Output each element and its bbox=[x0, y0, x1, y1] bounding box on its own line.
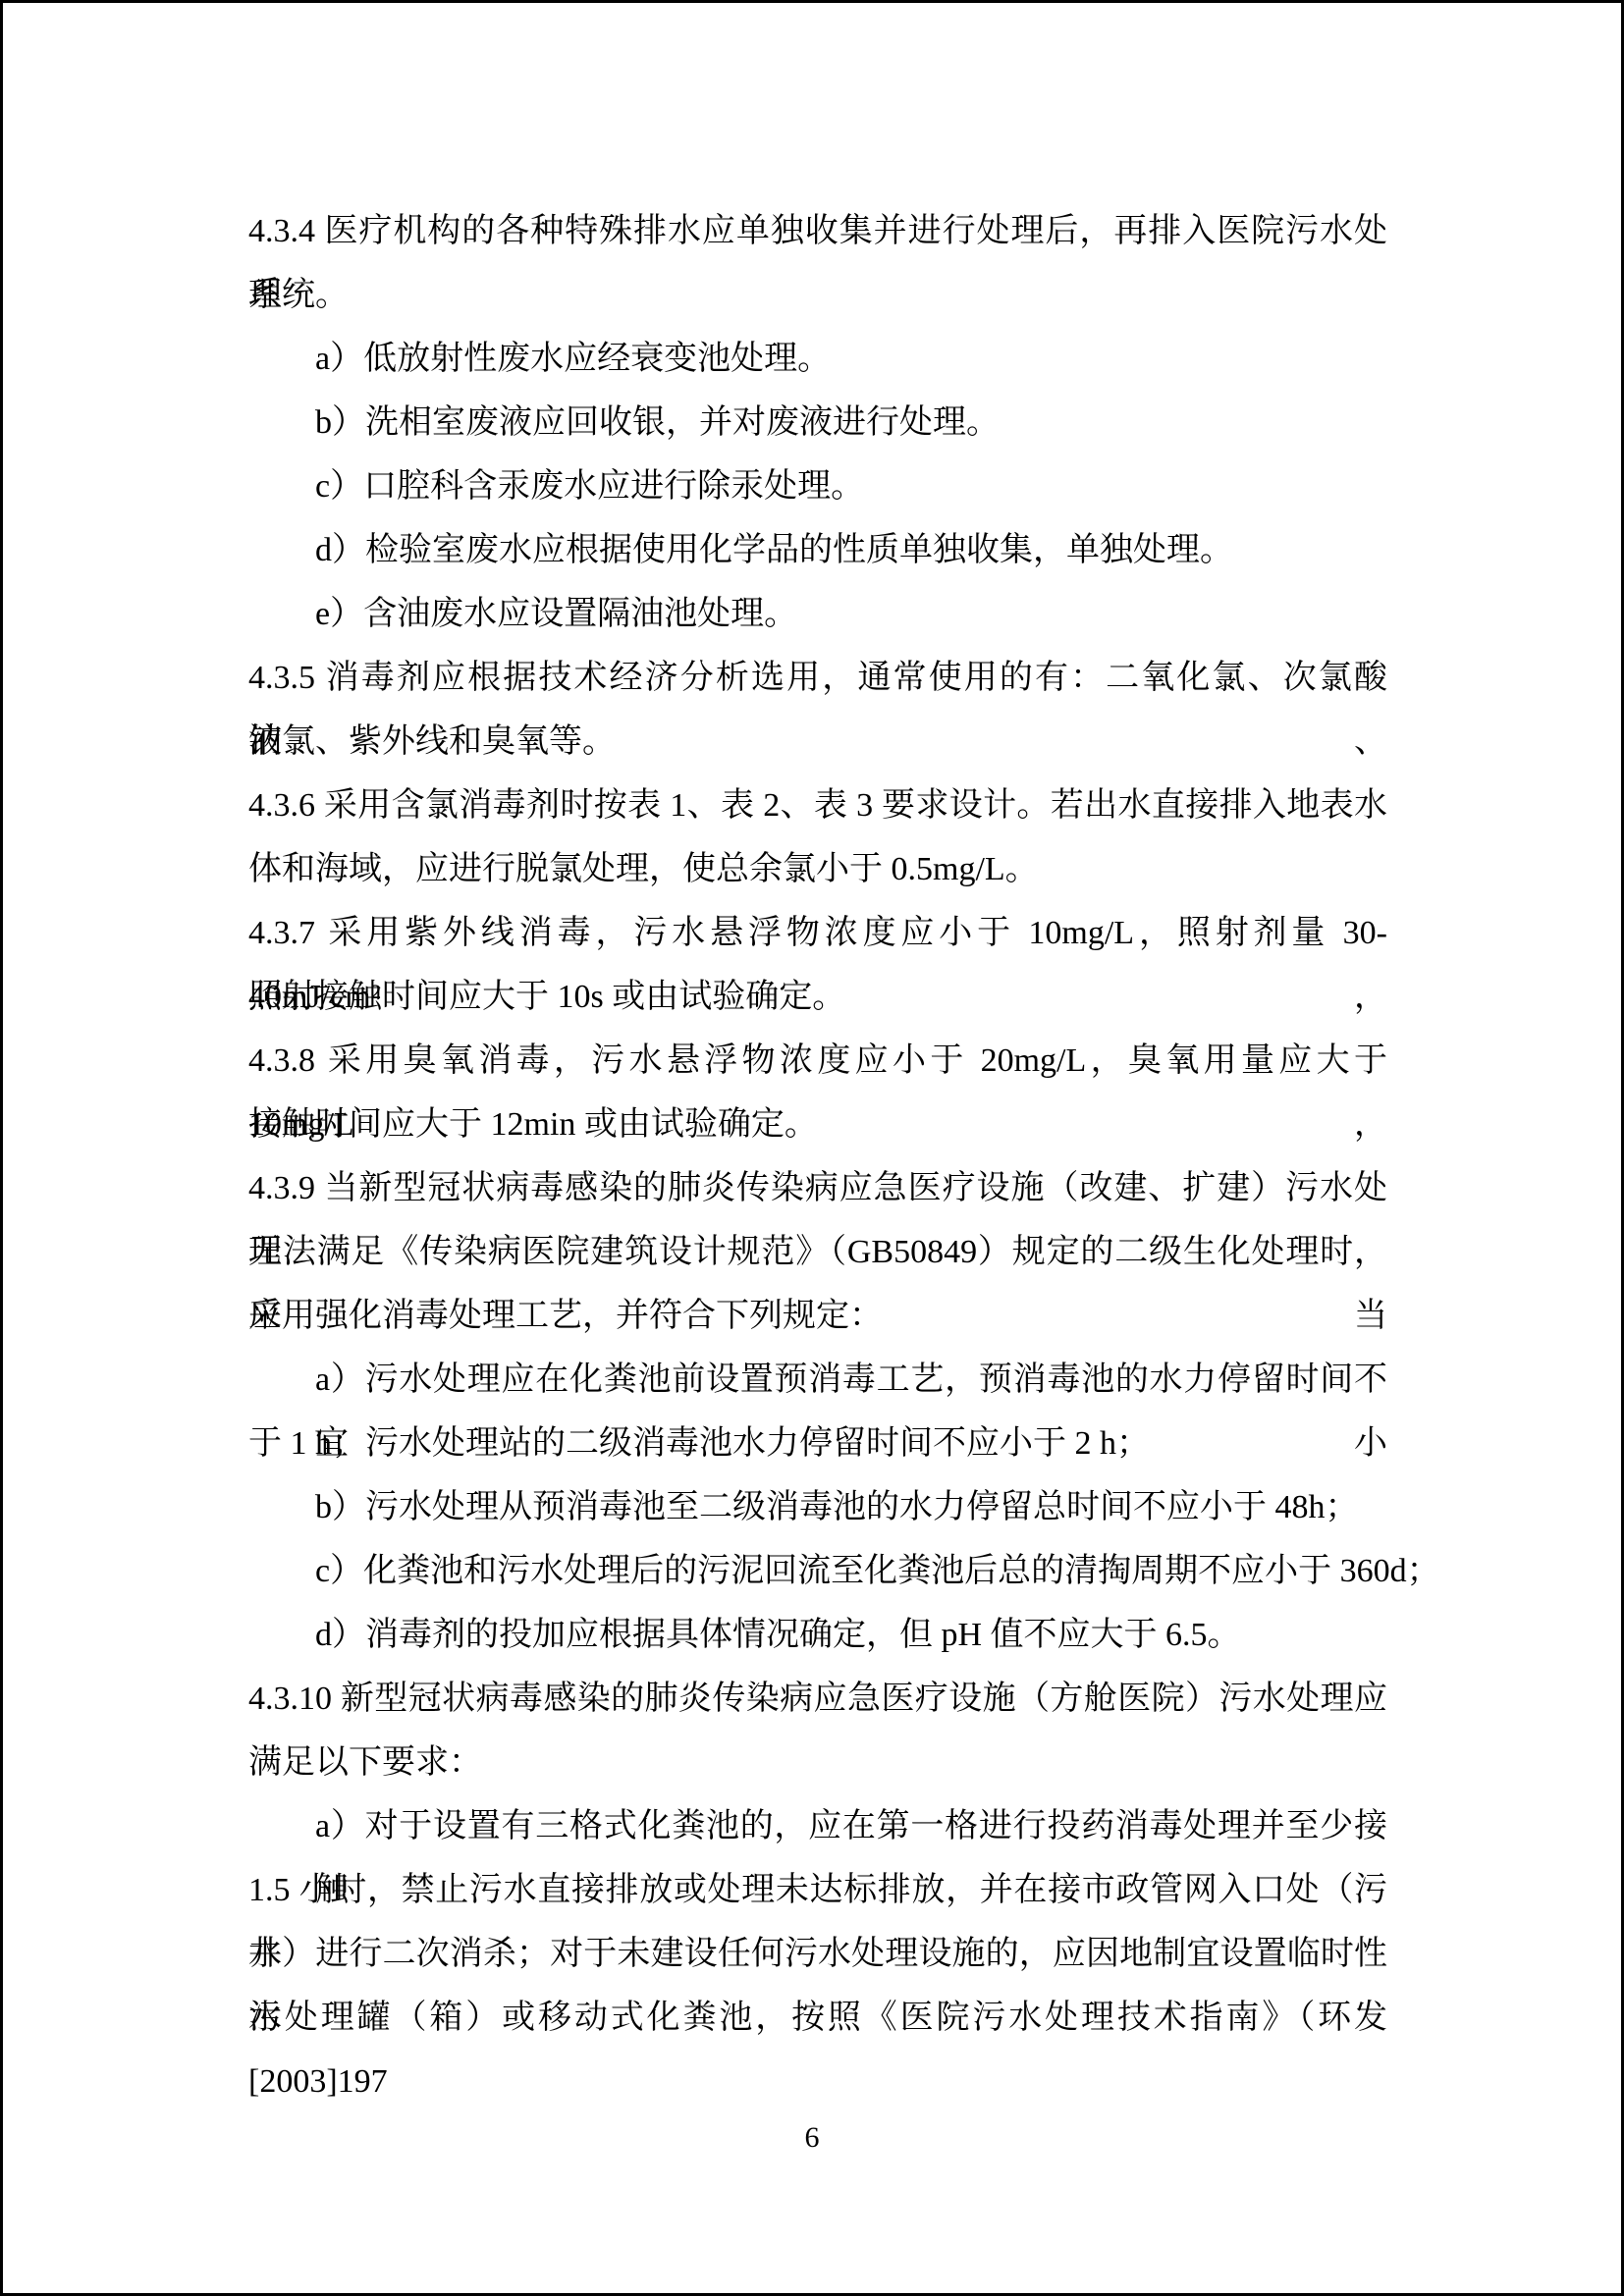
text-line: 4.3.9 当新型冠状病毒感染的肺炎传染病应急医疗设施（改建、扩建）污水处理 bbox=[248, 1156, 1387, 1220]
text-line: 4.3.8 采用臭氧消毒，污水悬浮物浓度应小于 20mg/L，臭氧用量应大于 1… bbox=[248, 1029, 1387, 1093]
text-line: 1.5 小时，禁止污水直接排放或处理未达标排放，并在接市政管网入口处（污水 bbox=[248, 1858, 1387, 1922]
text-line: 4.3.5 消毒剂应根据技术经济分析选用，通常使用的有：二氧化氯、次氯酸钠、 bbox=[248, 646, 1387, 710]
list-item: b）污水处理从预消毒池至二级消毒池的水力停留总时间不应小于 48h； bbox=[248, 1475, 1387, 1539]
text-line: 满足以下要求： bbox=[248, 1731, 1387, 1794]
list-item: e）含油废水应设置隔油池处理。 bbox=[248, 582, 1387, 646]
document-page: 4.3.4 医疗机构的各种特殊排水应单独收集并进行处理后，再排入医院污水处理 系… bbox=[0, 0, 1624, 2296]
list-item: c）口腔科含汞废水应进行除汞处理。 bbox=[248, 454, 1387, 518]
list-item: a）污水处理应在化粪池前设置预消毒工艺，预消毒池的水力停留时间不宜小 bbox=[248, 1348, 1387, 1412]
list-item: c）化粪池和污水处理后的污泥回流至化粪池后总的清掏周期不应小于 360d； bbox=[248, 1539, 1387, 1603]
text-line: 4.3.10 新型冠状病毒感染的肺炎传染病应急医疗设施（方舱医院）污水处理应 bbox=[248, 1667, 1387, 1731]
list-item: d）消毒剂的投加应根据具体情况确定，但 pH 值不应大于 6.5。 bbox=[248, 1603, 1387, 1667]
text-line: 水处理罐（箱）或移动式化粪池，按照《医院污水处理技术指南》（环发[2003]19… bbox=[248, 1986, 1387, 2050]
text-line: 4.3.6 采用含氯消毒剂时按表 1、表 2、表 3 要求设计。若出水直接排入地… bbox=[248, 774, 1387, 837]
list-item: a）对于设置有三格式化粪池的，应在第一格进行投药消毒处理并至少接触 bbox=[248, 1794, 1387, 1858]
list-item: b）洗相室废液应回收银，并对废液进行处理。 bbox=[248, 391, 1387, 454]
list-item: d）检验室废水应根据使用化学品的性质单独收集，单独处理。 bbox=[248, 518, 1387, 582]
text-line: 体和海域，应进行脱氯处理，使总余氯小于 0.5mg/L。 bbox=[248, 837, 1387, 901]
page-number: 6 bbox=[3, 2118, 1621, 2158]
list-item: a）低放射性废水应经衰变池处理。 bbox=[248, 327, 1387, 391]
text-line: 4.3.4 医疗机构的各种特殊排水应单独收集并进行处理后，再排入医院污水处理 bbox=[248, 199, 1387, 263]
text-line: 井）进行二次消杀；对于未建设任何污水处理设施的，应因地制宜设置临时性污 bbox=[248, 1922, 1387, 1986]
text-line: 无法满足《传染病医院建筑设计规范》（GB50849）规定的二级生化处理时，应当 bbox=[248, 1220, 1387, 1284]
text-line: 系统。 bbox=[248, 263, 1387, 327]
text-line: 4.3.7 采用紫外线消毒，污水悬浮物浓度应小于 10mg/L，照射剂量 30-… bbox=[248, 901, 1387, 965]
document-body: 4.3.4 医疗机构的各种特殊排水应单独收集并进行处理后，再排入医院污水处理 系… bbox=[248, 199, 1387, 2050]
